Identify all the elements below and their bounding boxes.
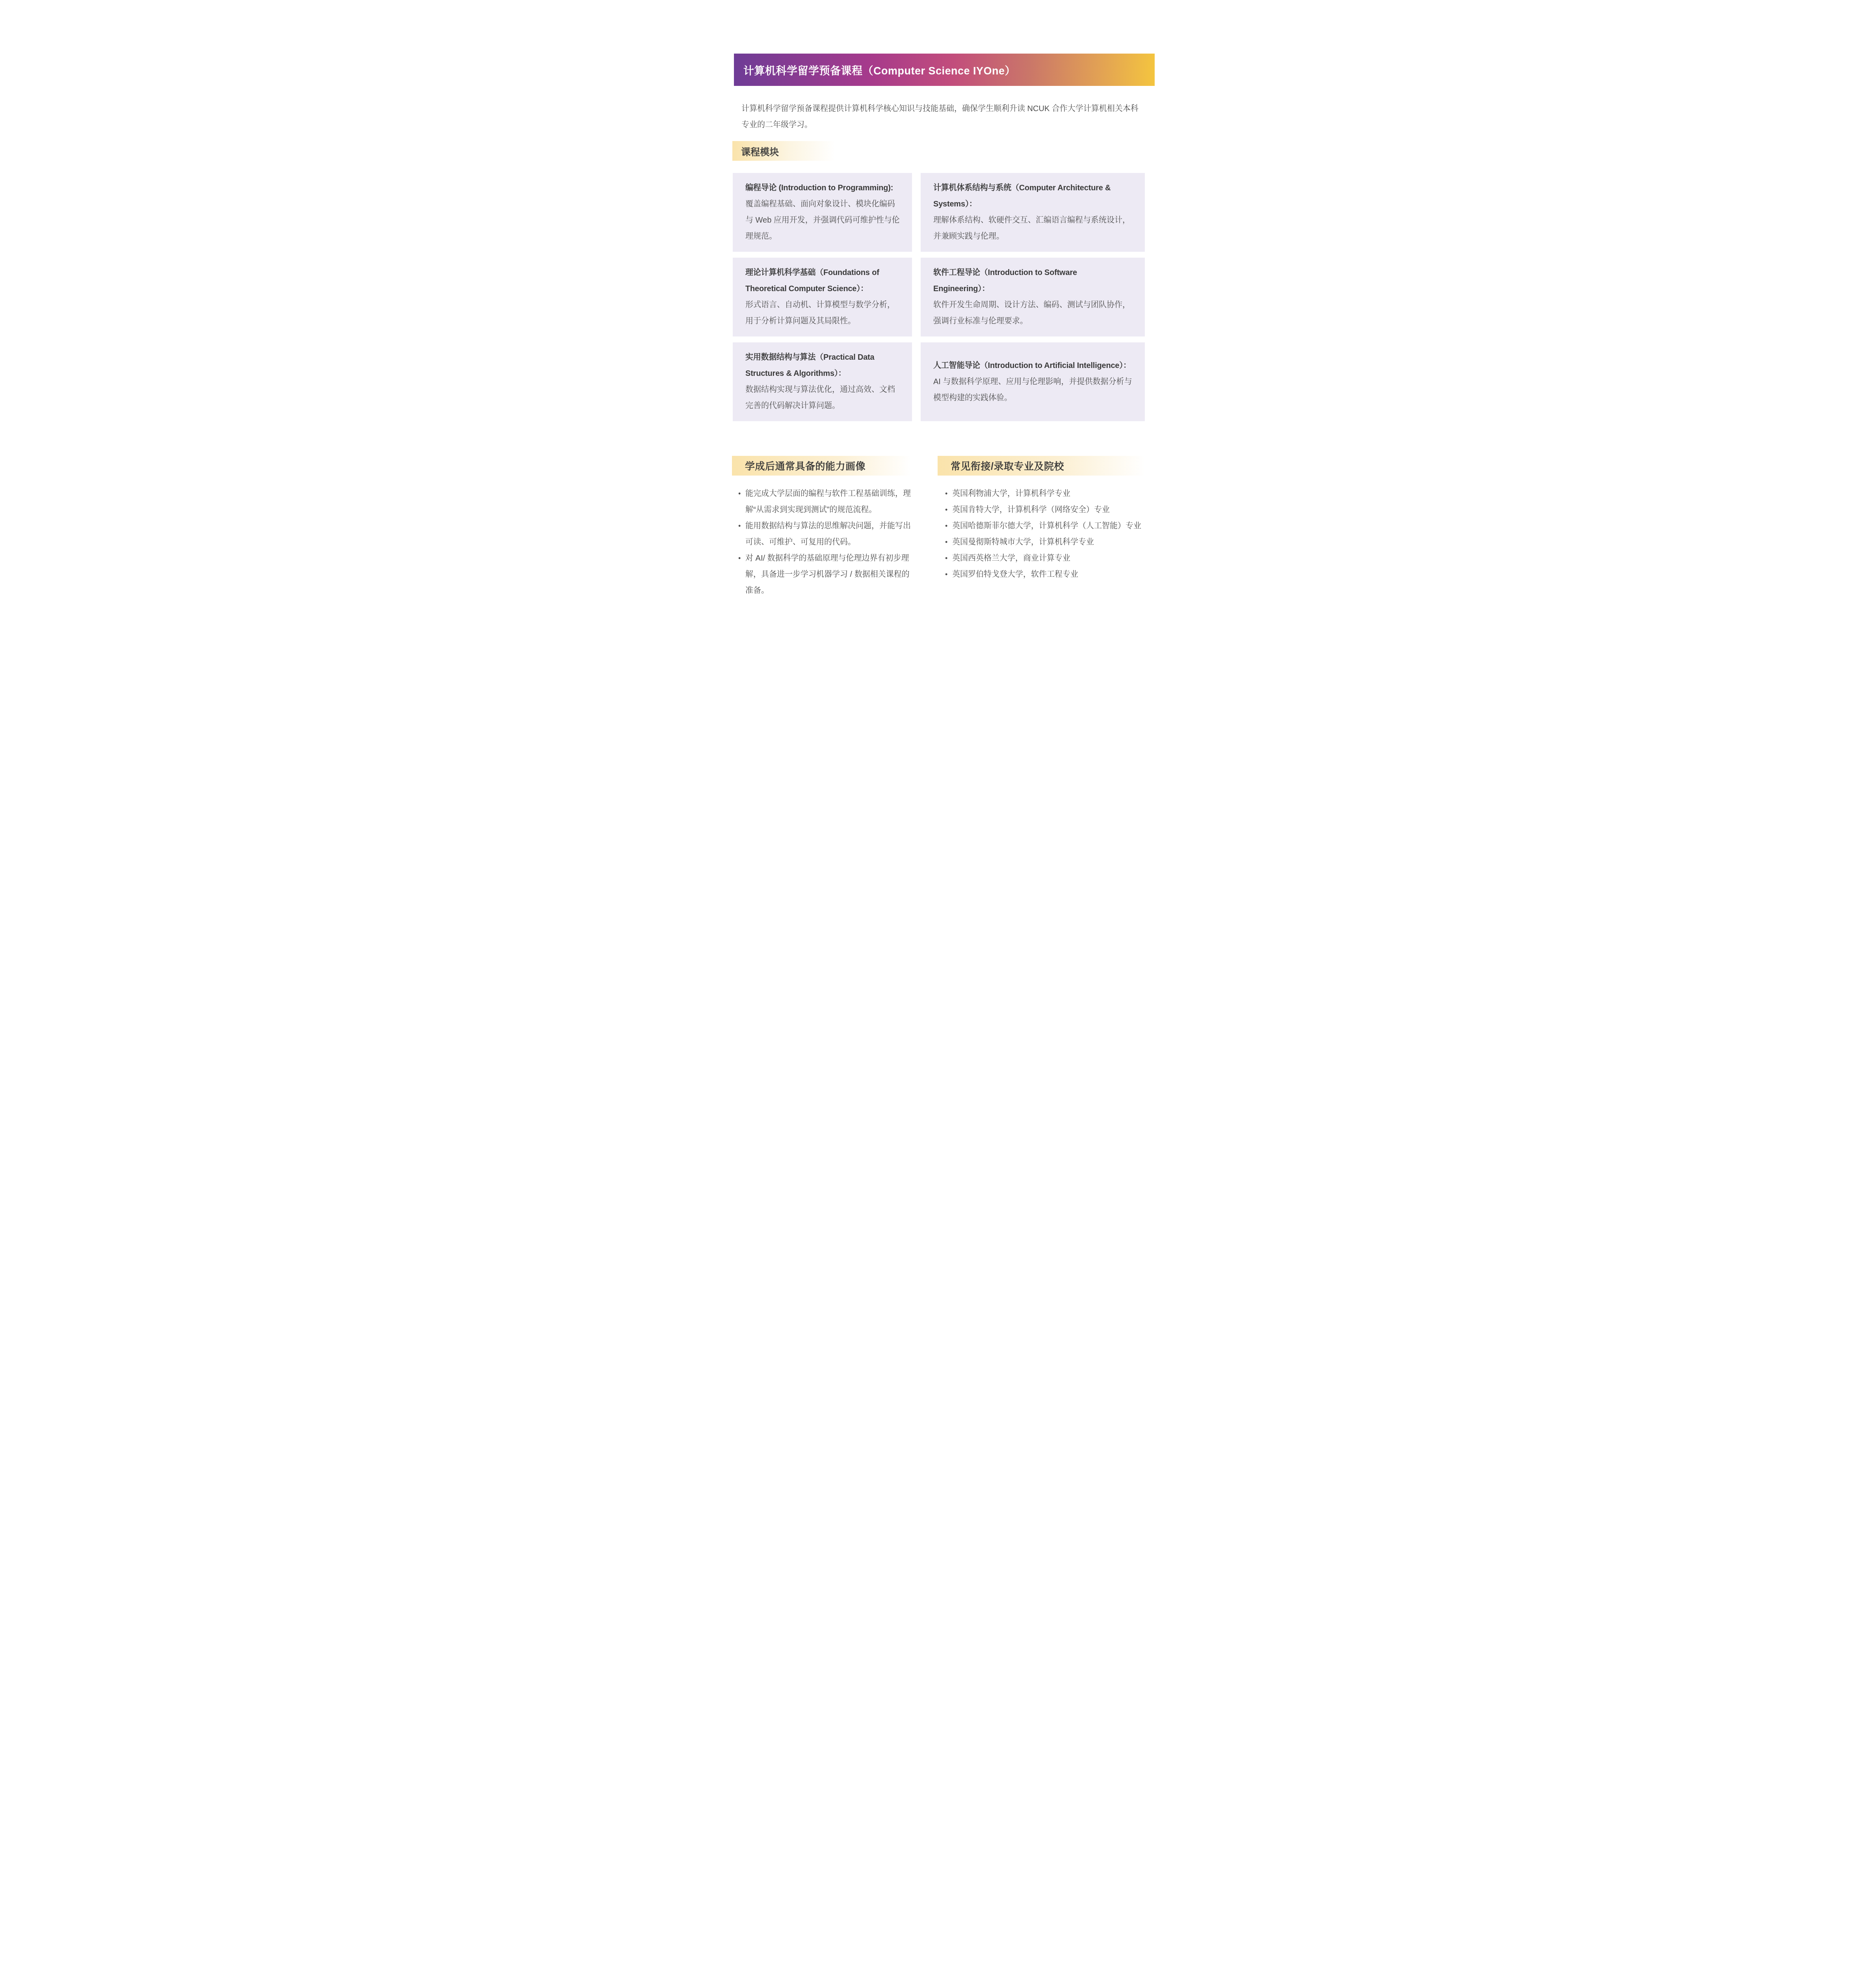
list-item-text: 英国肯特大学，计算机科学（网络安全）专业 <box>952 502 1145 518</box>
module-card-body: 形式语言、自动机、计算模型与数学分析，用于分析计算问题及其局限性。 <box>745 297 900 329</box>
module-card-intro-programming: 编程导论 (Introduction to Programming): 覆盖编程… <box>733 173 912 252</box>
list-item-text: 英国西英格兰大学，商业计算专业 <box>952 550 1145 567</box>
module-card-software-engineering: 软件工程导论（Introduction to Software Engineer… <box>921 258 1145 336</box>
module-card-body: AI 与数据科学原理、应用与伦理影响，并提供数据分析与模型构建的实践体验。 <box>933 374 1133 406</box>
section-header-outcomes: 学成后通常具备的能力画像 <box>732 456 911 476</box>
bullet-dot-icon: • <box>945 502 952 518</box>
module-card-artificial-intelligence: 人工智能导论（Introduction to Artificial Intell… <box>921 342 1145 421</box>
outcomes-list: • 能完成大学层面的编程与软件工程基础训练，理解“从需求到实现到测试”的规范流程… <box>732 486 911 599</box>
module-card-body: 数据结构实现与算法优化，通过高效、文档完善的代码解决计算问题。 <box>745 382 900 414</box>
bullet-dot-icon: • <box>945 534 952 550</box>
module-card-title: 理论计算机科学基础（Foundations of Theoretical Com… <box>745 265 900 297</box>
progression-list: • 英国利物浦大学，计算机科学专业 • 英国肯特大学，计算机科学（网络安全）专业… <box>938 486 1145 583</box>
module-card-computer-architecture: 计算机体系结构与系统（Computer Architecture & Syste… <box>921 173 1145 252</box>
list-item-text: 能完成大学层面的编程与软件工程基础训练，理解“从需求到实现到测试”的规范流程。 <box>745 486 911 518</box>
module-card-title: 人工智能导论（Introduction to Artificial Intell… <box>933 358 1133 374</box>
bullet-dot-icon: • <box>945 567 952 583</box>
module-card-body: 软件开发生命周期、设计方法、编码、测试与团队协作，强调行业标准与伦理要求。 <box>933 297 1133 329</box>
list-item: • 英国曼彻斯特城市大学，计算机科学专业 <box>938 534 1145 550</box>
bottom-sections: 学成后通常具备的能力画像 • 能完成大学层面的编程与软件工程基础训练，理解“从需… <box>732 456 1172 610</box>
intro-paragraph: 计算机科学留学预备课程提供计算机科学核心知识与技能基础，确保学生顺利升读 NCU… <box>741 101 1143 133</box>
list-item: • 能用数据结构与算法的思维解决问题，并能写出可读、可维护、可复用的代码。 <box>732 518 911 550</box>
list-item-text: 对 AI/ 数据科学的基础原理与伦理边界有初步理解，具备进一步学习机器学习 / … <box>745 550 911 599</box>
section-label-course-modules: 课程模块 <box>732 141 835 161</box>
bullet-dot-icon: • <box>738 550 745 567</box>
list-item: • 对 AI/ 数据科学的基础原理与伦理边界有初步理解，具备进一步学习机器学习 … <box>732 550 911 599</box>
bullet-dot-icon: • <box>738 486 745 502</box>
section-title-progression: 常见衔接/录取专业及院校 <box>951 459 1064 473</box>
module-card-body: 覆盖编程基础、面向对象设计、模块化编码与 Web 应用开发，并强调代码可维护性与… <box>745 196 900 245</box>
list-item-text: 英国曼彻斯特城市大学，计算机科学专业 <box>952 534 1145 550</box>
module-card-theoretical-cs: 理论计算机科学基础（Foundations of Theoretical Com… <box>733 258 912 336</box>
module-cards-grid: 编程导论 (Introduction to Programming): 覆盖编程… <box>733 173 1172 421</box>
module-card-body: 理解体系结构、软硬件交互、汇编语言编程与系统设计，并兼顾实践与伦理。 <box>933 212 1133 245</box>
module-card-data-structures: 实用数据结构与算法（Practical Data Structures & Al… <box>733 342 912 421</box>
list-item: • 英国利物浦大学，计算机科学专业 <box>938 486 1145 502</box>
list-item: • 英国罗伯特戈登大学，软件工程专业 <box>938 567 1145 583</box>
page-title-banner: 计算机科学留学预备课程（Computer Science IYOne） <box>734 54 1155 86</box>
page-title: 计算机科学留学预备课程（Computer Science IYOne） <box>743 62 1016 78</box>
list-item: • 英国西英格兰大学，商业计算专业 <box>938 550 1145 567</box>
module-card-title: 软件工程导论（Introduction to Software Engineer… <box>933 265 1133 297</box>
module-card-title: 实用数据结构与算法（Practical Data Structures & Al… <box>745 349 900 382</box>
section-progression: 常见衔接/录取专业及院校 • 英国利物浦大学，计算机科学专业 • 英国肯特大学，… <box>938 456 1145 599</box>
list-item: • 能完成大学层面的编程与软件工程基础训练，理解“从需求到实现到测试”的规范流程… <box>732 486 911 518</box>
section-outcomes: 学成后通常具备的能力画像 • 能完成大学层面的编程与软件工程基础训练，理解“从需… <box>732 456 911 599</box>
list-item-text: 英国罗伯特戈登大学，软件工程专业 <box>952 567 1145 583</box>
bullet-dot-icon: • <box>945 518 952 534</box>
section-header-progression: 常见衔接/录取专业及院校 <box>938 456 1145 476</box>
document-page: 计算机科学留学预备课程（Computer Science IYOne） 计算机科… <box>704 0 1172 637</box>
section-title-outcomes: 学成后通常具备的能力画像 <box>745 459 866 473</box>
bullet-dot-icon: • <box>738 518 745 534</box>
list-item-text: 能用数据结构与算法的思维解决问题，并能写出可读、可维护、可复用的代码。 <box>745 518 911 550</box>
list-item: • 英国哈德斯菲尔德大学，计算机科学（人工智能）专业 <box>938 518 1145 534</box>
list-item-text: 英国哈德斯菲尔德大学，计算机科学（人工智能）专业 <box>952 518 1145 534</box>
module-card-title: 编程导论 (Introduction to Programming): <box>745 180 900 196</box>
section-label-text: 课程模块 <box>741 144 779 158</box>
list-item: • 英国肯特大学，计算机科学（网络安全）专业 <box>938 502 1145 518</box>
bullet-dot-icon: • <box>945 550 952 567</box>
list-item-text: 英国利物浦大学，计算机科学专业 <box>952 486 1145 502</box>
bullet-dot-icon: • <box>945 486 952 502</box>
module-card-title: 计算机体系结构与系统（Computer Architecture & Syste… <box>933 180 1133 212</box>
